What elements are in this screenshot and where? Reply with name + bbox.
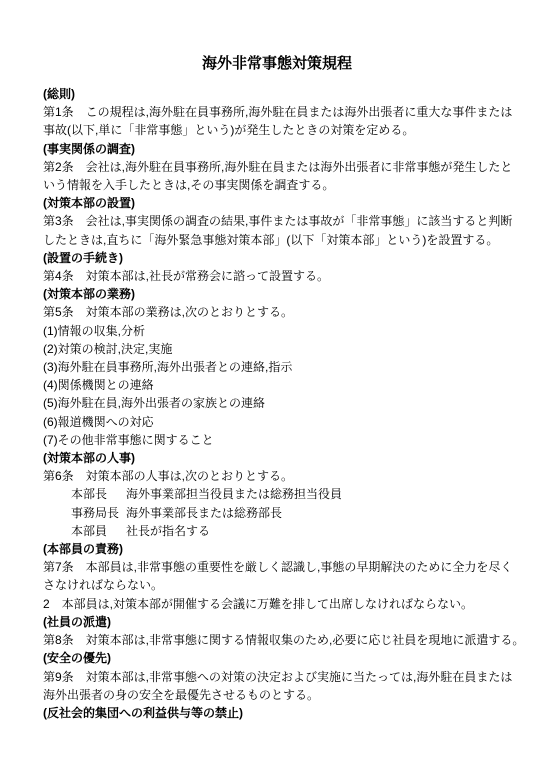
paragraph-line: 第5条 対策本部の業務は,次のとおりとする。: [43, 303, 511, 321]
section-heading: (社員の派遣): [43, 613, 511, 631]
section-heading: (対策本部の設置): [43, 194, 511, 212]
paragraph-line: 第6条 対策本部の人事は,次のとおりとする。: [43, 467, 511, 485]
role-row: 事務局長海外事業部長または総務部長: [43, 504, 511, 522]
role-desc: 社長が指名する: [126, 522, 210, 540]
document-body: (総則)第1条 この規程は,海外駐在員事務所,海外駐在員または海外出張者に重大な…: [43, 85, 511, 722]
section-heading: (安全の優先): [43, 649, 511, 667]
role-row: 本部長海外事業部担当役員または総務担当役員: [43, 485, 511, 503]
paragraph-line: (7)その他非常事態に関すること: [43, 431, 511, 449]
paragraph-line: (6)報道機関への対応: [43, 413, 511, 431]
section-heading: (対策本部の業務): [43, 285, 511, 303]
section-heading: (事実関係の調査): [43, 140, 511, 158]
paragraph-line: いう情報を入手したときは,その事実関係を調査する。: [43, 176, 511, 194]
paragraph-line: したときは,直ちに「海外緊急事態対策本部」(以下「対策本部」という)を設置する。: [43, 231, 511, 249]
role-desc: 海外事業部長または総務部長: [126, 504, 282, 522]
paragraph-line: 事故(以下,単に「非常事態」という)が発生したときの対策を定める。: [43, 121, 511, 139]
paragraph-line: (5)海外駐在員,海外出張者の家族との連絡: [43, 394, 511, 412]
paragraph-line: 第1条 この規程は,海外駐在員事務所,海外駐在員または海外出張者に重大な事件また…: [43, 103, 511, 121]
role-name: 本部長: [71, 485, 126, 503]
paragraph-line: (1)情報の収集,分析: [43, 322, 511, 340]
paragraph-line: (4)関係機関との連絡: [43, 376, 511, 394]
paragraph-line: 2 本部員は,対策本部が開催する会議に万難を排して出席しなければならない。: [43, 595, 511, 613]
section-heading: (反社会的集団への利益供与等の禁止): [43, 704, 511, 722]
paragraph-line: 第9条 対策本部は,非常事態への対策の決定および実施に当たっては,海外駐在員また…: [43, 668, 511, 686]
paragraph-line: 第2条 会社は,海外駐在員事務所,海外駐在員または海外出張者に非常事態が発生した…: [43, 158, 511, 176]
paragraph-line: さなければならない。: [43, 576, 511, 594]
role-desc: 海外事業部担当役員または総務担当役員: [126, 485, 342, 503]
paragraph-line: (2)対策の検討,決定,実施: [43, 340, 511, 358]
paragraph-line: 第8条 対策本部は,非常事態に関する情報収集のため,必要に応じ社員を現地に派遣す…: [43, 631, 511, 649]
document-page: 海外非常事態対策規程 (総則)第1条 この規程は,海外駐在員事務所,海外駐在員ま…: [0, 0, 549, 783]
section-heading: (設置の手続き): [43, 249, 511, 267]
paragraph-line: 海外出張者の身の安全を最優先させるものとする。: [43, 686, 511, 704]
section-heading: (対策本部の人事): [43, 449, 511, 467]
paragraph-line: (3)海外駐在員事務所,海外出張者との連絡,指示: [43, 358, 511, 376]
role-name: 本部員: [71, 522, 126, 540]
role-name: 事務局長: [71, 504, 126, 522]
document-title: 海外非常事態対策規程: [43, 55, 511, 73]
section-heading: (総則): [43, 85, 511, 103]
paragraph-line: 第3条 会社は,事実関係の調査の結果,事件または事故が「非常事態」に該当すると判…: [43, 212, 511, 230]
section-heading: (本部員の責務): [43, 540, 511, 558]
paragraph-line: 第7条 本部員は,非常事態の重要性を厳しく認識し,事態の早期解決のために全力を尽…: [43, 558, 511, 576]
paragraph-line: 第4条 対策本部は,社長が常務会に諮って設置する。: [43, 267, 511, 285]
role-row: 本部員社長が指名する: [43, 522, 511, 540]
